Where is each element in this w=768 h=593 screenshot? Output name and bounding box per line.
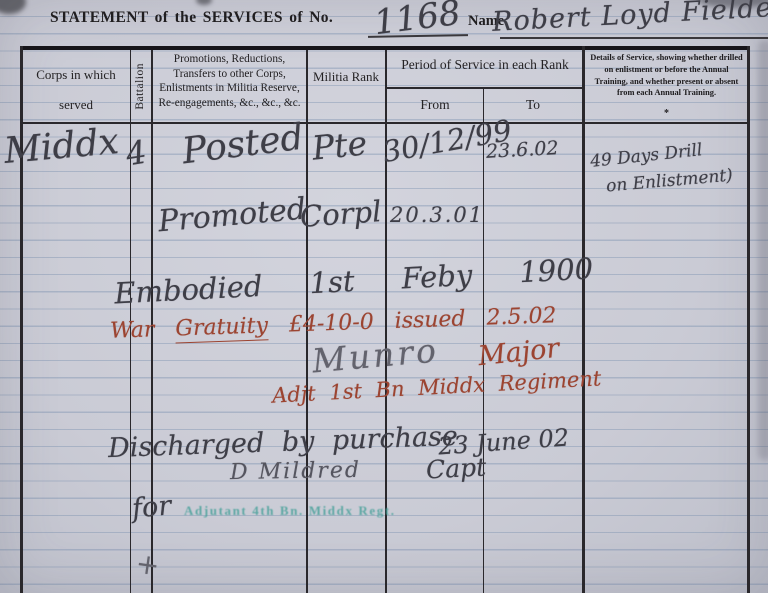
document-title: STATEMENT of the SERVICES of No.	[50, 9, 333, 27]
entry-promoted-from-date: 20.3.01	[390, 203, 484, 227]
entry-corps: Middx	[2, 121, 120, 172]
bottom-pencil-mark: +	[134, 547, 162, 583]
entry-drill-note-line2: on Enlistment)	[605, 166, 733, 197]
service-record-page: STATEMENT of the SERVICES of No. 1168 Na…	[0, 0, 768, 593]
name-handwritten: Robert Loyd Fielden	[491, 0, 768, 38]
table-border-right	[747, 46, 750, 593]
column-header-details: Details of Service, showing whether dril…	[587, 52, 746, 99]
war-gratuity-word2: Gratuity	[175, 313, 268, 343]
discharge-for-word: for	[131, 490, 173, 524]
name-underline	[500, 37, 768, 39]
entry-promoted-rank: Corpl	[299, 194, 383, 234]
approval-signature: Munro	[311, 331, 441, 381]
table-border-left	[20, 46, 23, 593]
paper-smudge	[0, 0, 26, 14]
divider-to-details	[582, 46, 585, 593]
column-header-from: From	[388, 97, 482, 113]
entry-discharge-event: Discharged by purchase	[108, 421, 459, 464]
discharge-signature: D Mildred	[230, 458, 361, 485]
entry-posted-to-date: 23.6.02	[485, 137, 559, 163]
column-header-promotions: Promotions, Reductions, Transfers to oth…	[154, 52, 305, 110]
discharge-signer-rank: Capt	[425, 452, 487, 484]
column-header-battalion-label: Battalion	[134, 63, 146, 110]
details-footnote-mark: *	[587, 108, 746, 119]
period-header-split-rule	[386, 87, 583, 89]
approval-rank: Major	[477, 333, 561, 372]
adjutant-stamp: Adjutant 4th Bn. Middx Regt.	[184, 503, 396, 519]
service-number-handwritten: 1168	[372, 0, 463, 43]
entry-drill-note-line1: 49 Days Drill	[589, 140, 703, 172]
column-header-battalion: Battalion	[128, 50, 152, 122]
column-header-militia-rank: Militia Rank	[308, 61, 384, 93]
entry-posted-rank: Pte	[310, 123, 369, 168]
entry-battalion: 4	[123, 133, 149, 174]
paper-smudge	[758, 40, 768, 460]
entry-promoted-event: Promoted	[157, 192, 308, 240]
entry-embodied-note: Embodied 1st Feby 1900	[113, 251, 593, 310]
column-header-corps: Corps in which served	[24, 60, 128, 120]
war-gratuity-word1: War	[110, 317, 155, 344]
column-header-period-of-service: Period of Service in each Rank	[388, 55, 582, 75]
column-header-to: To	[486, 97, 580, 113]
entry-war-gratuity: War Gratuity £4-10-0 issued 2.5.02	[110, 303, 557, 344]
entry-posted-event: Posted	[180, 117, 306, 173]
paper-smudge	[196, 0, 212, 5]
